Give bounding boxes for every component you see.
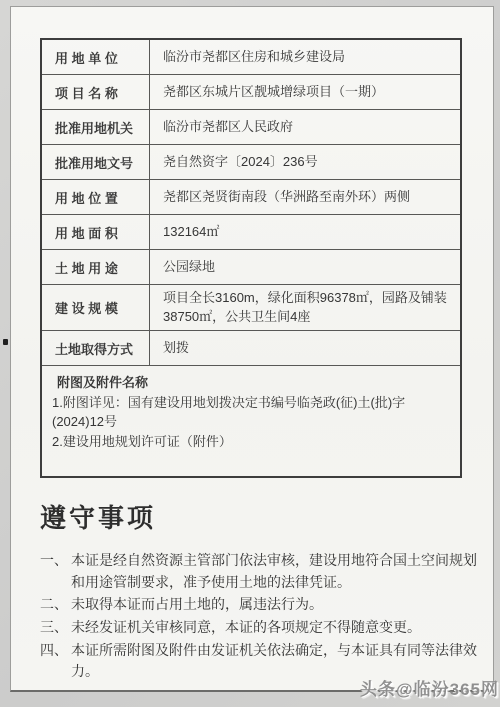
attachment-item: 1.附图详见：国有建设用地划拨决定书编号临尧政(征)土(批)字(2024)12号	[52, 393, 456, 432]
field-value: 临汾市尧都区人民政府	[150, 110, 460, 144]
field-value: 公园绿地	[150, 250, 460, 284]
notice-item-text: 未经发证机关审核同意，本证的各项规定不得随意变更。	[71, 617, 484, 639]
table-row: 建 设 规 模 项目全长3160m，绿化面积96378㎡，园路及铺装38750㎡…	[42, 285, 460, 331]
table-row: 用 地 单 位 临汾市尧都区住房和城乡建设局	[42, 40, 460, 75]
notice-item-number: 三、	[40, 617, 71, 639]
notice-title: 遵守事项	[40, 498, 484, 535]
notice-item-number: 二、	[40, 594, 71, 616]
notice-item: 二、 未取得本证而占用土地的，属违法行为。	[40, 594, 484, 616]
notice-item: 三、 未经发证机关审核同意，本证的各项规定不得随意变更。	[40, 617, 484, 639]
field-value: 尧自然资字〔2024〕236号	[150, 145, 460, 179]
field-value: 尧都区尧贤街南段（华洲路至南外环）两侧	[150, 180, 460, 214]
compliance-notice: 遵守事项 一、 本证是经自然资源主管部门依法审核，建设用地符合国土空间规划和用途…	[40, 498, 484, 684]
attachments-title: 附图及附件名称	[52, 373, 456, 393]
field-label: 土地取得方式	[42, 331, 150, 365]
document-photo: 用 地 单 位 临汾市尧都区住房和城乡建设局 项 目 名 称 尧都区东城片区靓城…	[0, 0, 500, 707]
scan-speck	[3, 339, 8, 345]
table-row: 批准用地机关 临汾市尧都区人民政府	[42, 110, 460, 145]
table-row: 批准用地文号 尧自然资字〔2024〕236号	[42, 145, 460, 180]
field-label: 土 地 用 途	[42, 250, 150, 284]
table-row: 用 地 位 置 尧都区尧贤街南段（华洲路至南外环）两侧	[42, 180, 460, 215]
table-row: 用 地 面 积 132164㎡	[42, 215, 460, 250]
field-value: 尧都区东城片区靓城增绿项目（一期）	[150, 75, 460, 109]
field-value: 划拨	[150, 331, 460, 365]
toutiao-watermark: 头条@临汾365网	[360, 675, 499, 700]
field-value: 132164㎡	[150, 215, 460, 249]
table-row: 土 地 用 途 公园绿地	[42, 250, 460, 285]
attachments-section: 附图及附件名称 1.附图详见：国有建设用地划拨决定书编号临尧政(征)土(批)字(…	[42, 366, 460, 476]
field-label: 用 地 面 积	[42, 215, 150, 249]
notice-item-number: 四、	[40, 640, 71, 683]
field-label: 用 地 单 位	[42, 40, 150, 74]
notice-item: 一、 本证是经自然资源主管部门依法审核，建设用地符合国土空间规划和用途管制要求，…	[40, 550, 484, 593]
table-row: 土地取得方式 划拨	[42, 331, 460, 366]
field-label: 建 设 规 模	[42, 285, 150, 330]
table-row: 项 目 名 称 尧都区东城片区靓城增绿项目（一期）	[42, 75, 460, 110]
field-value: 临汾市尧都区住房和城乡建设局	[150, 40, 460, 74]
paper-sheet: 用 地 单 位 临汾市尧都区住房和城乡建设局 项 目 名 称 尧都区东城片区靓城…	[10, 6, 494, 692]
field-label: 用 地 位 置	[42, 180, 150, 214]
notice-item-text: 本证是经自然资源主管部门依法审核，建设用地符合国土空间规划和用途管制要求，准予使…	[71, 550, 484, 593]
field-label: 批准用地机关	[42, 110, 150, 144]
field-value: 项目全长3160m，绿化面积96378㎡，园路及铺装38750㎡，公共卫生间4座	[150, 285, 460, 330]
land-use-table: 用 地 单 位 临汾市尧都区住房和城乡建设局 项 目 名 称 尧都区东城片区靓城…	[40, 38, 462, 478]
attachment-item: 2.建设用地规划许可证（附件）	[52, 432, 456, 452]
field-label: 项 目 名 称	[42, 75, 150, 109]
field-label: 批准用地文号	[42, 145, 150, 179]
notice-item-number: 一、	[40, 550, 71, 593]
notice-item-text: 未取得本证而占用土地的，属违法行为。	[71, 594, 484, 616]
